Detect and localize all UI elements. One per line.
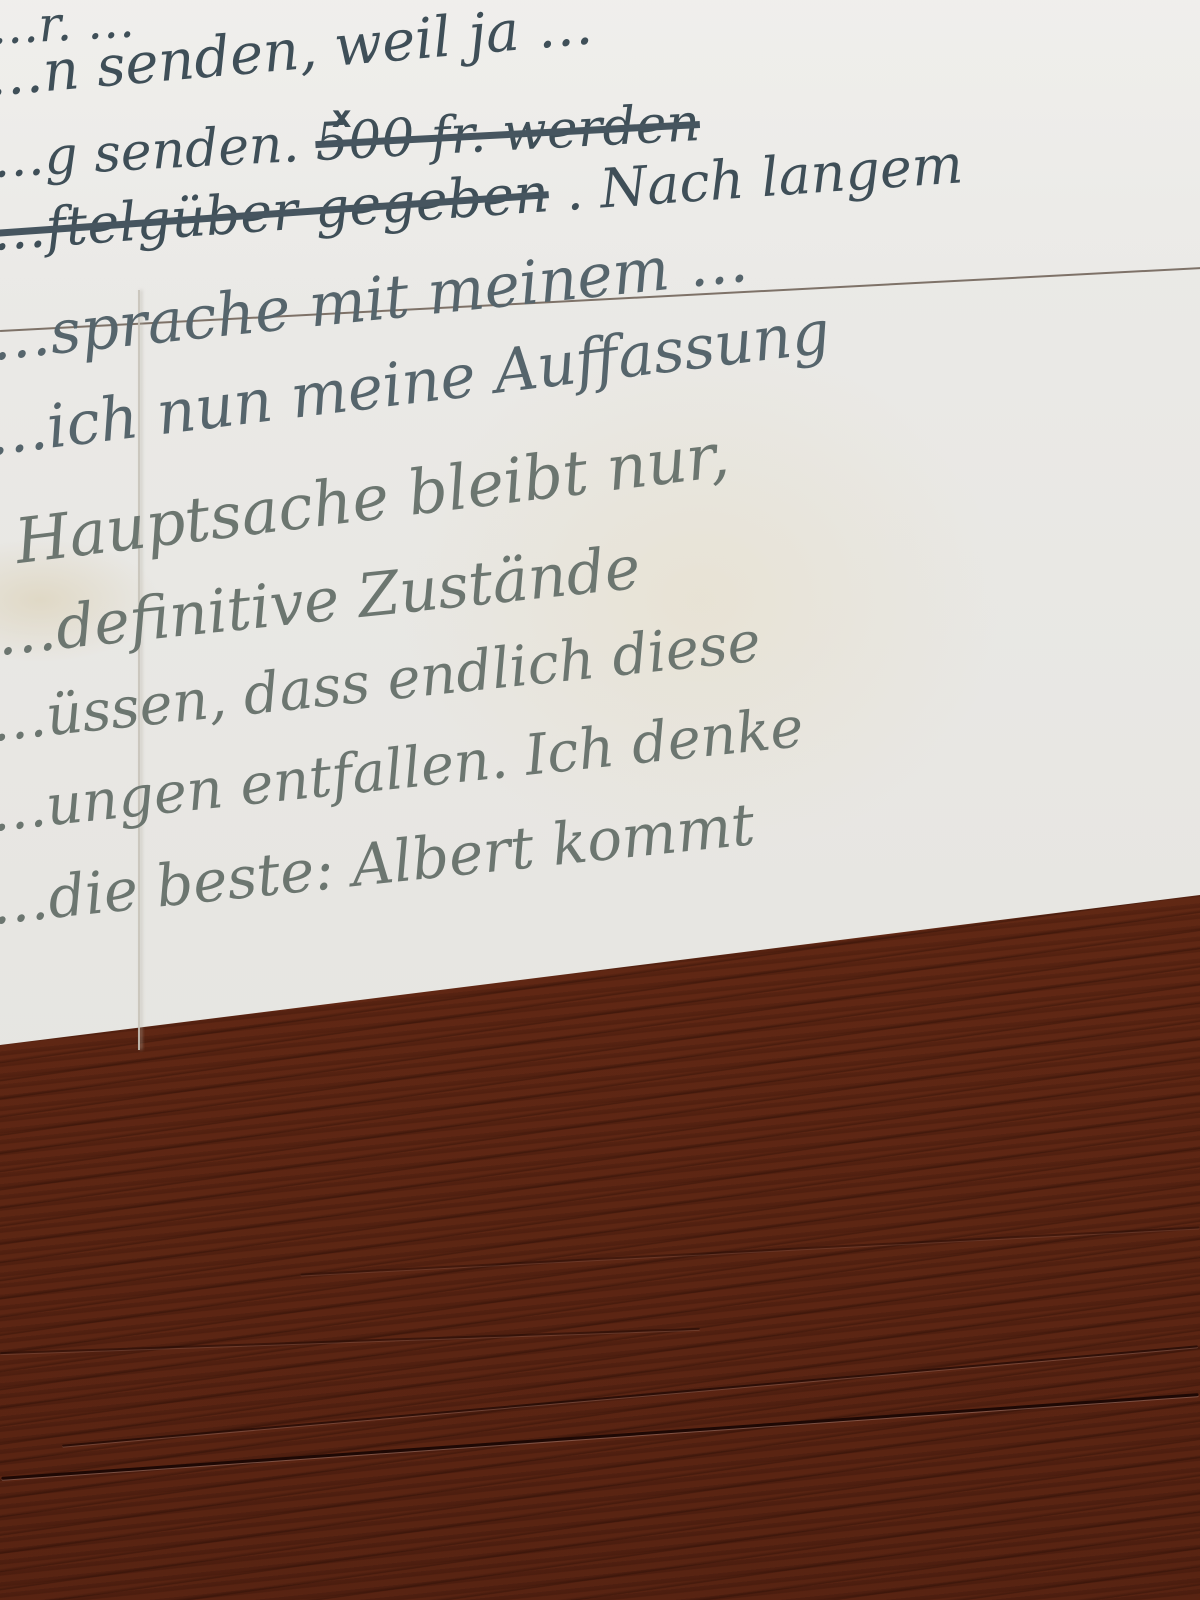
wood-grain [301, 1226, 1200, 1275]
wood-grain [1, 1393, 1198, 1480]
wood-grain [0, 1328, 700, 1354]
wood-grain [62, 1345, 1198, 1446]
